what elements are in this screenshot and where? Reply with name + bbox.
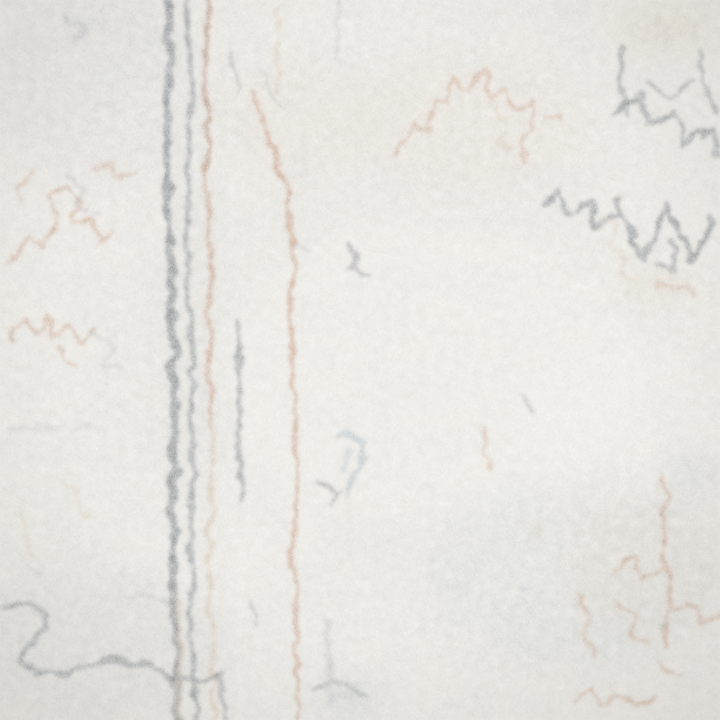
rug-closeup-photo	[0, 0, 720, 720]
vignette	[0, 0, 720, 720]
rug-texture-canvas	[0, 0, 720, 720]
